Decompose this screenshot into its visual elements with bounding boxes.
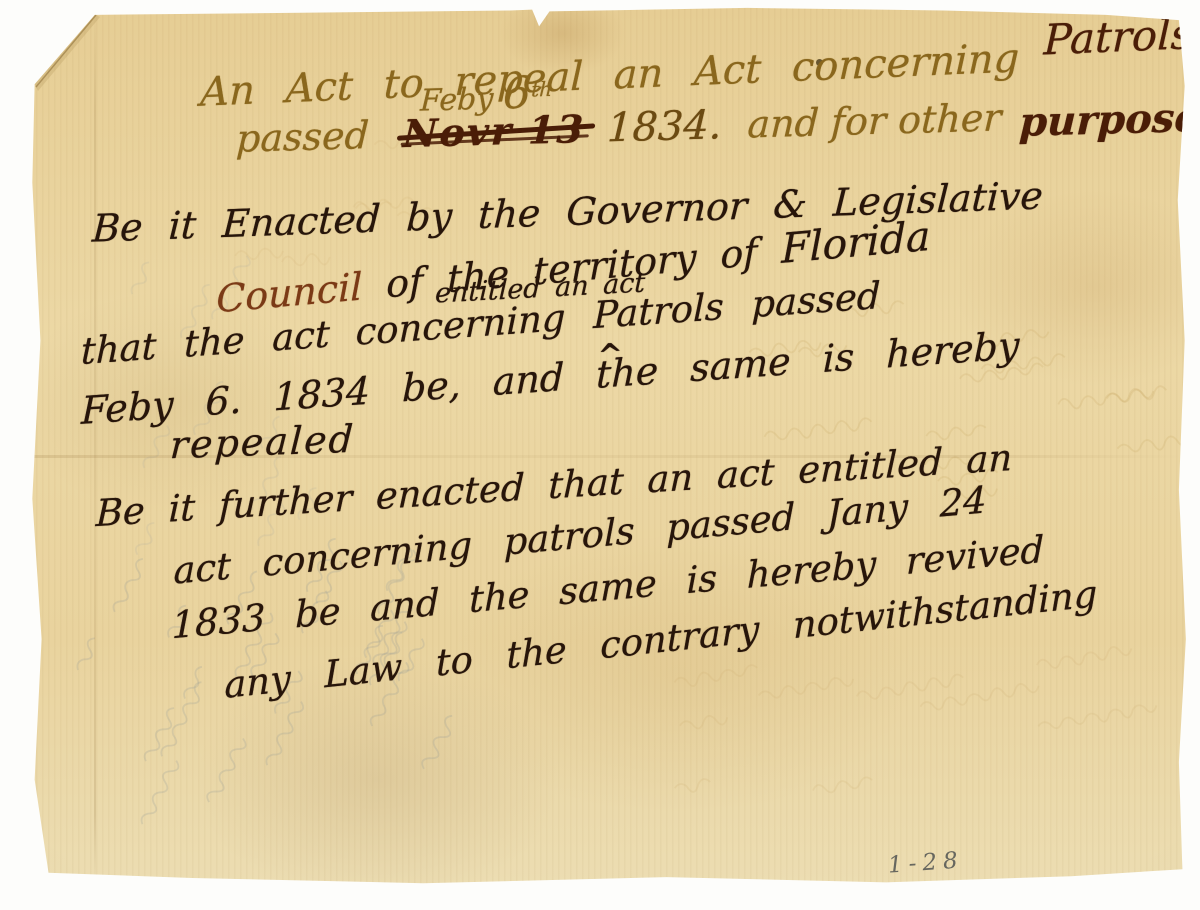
inserted-ordinal: th bbox=[531, 77, 553, 102]
heading-patrols-word: Patrols bbox=[1043, 9, 1193, 64]
section1-line-5: repealed bbox=[169, 420, 356, 465]
inserted-date: Feby 6th bbox=[420, 71, 553, 119]
corner-fold bbox=[34, 13, 100, 91]
archival-number: 1-28 bbox=[887, 849, 964, 877]
manuscript-page: An Act to repeal an Act concerningPatrol… bbox=[30, 7, 1187, 885]
heading-purposes-word: purposes bbox=[1018, 93, 1200, 146]
heading-tail: and for other bbox=[747, 95, 1003, 146]
inserted-month: Feby bbox=[420, 82, 495, 119]
inserted-day: 6 bbox=[502, 67, 532, 119]
heading-passed-word: passed bbox=[235, 113, 370, 161]
struck-date-group: Novr 13Feby 6th bbox=[402, 110, 586, 153]
heading-year: 1834. bbox=[606, 102, 722, 151]
vertical-fold-crease bbox=[94, 7, 96, 885]
